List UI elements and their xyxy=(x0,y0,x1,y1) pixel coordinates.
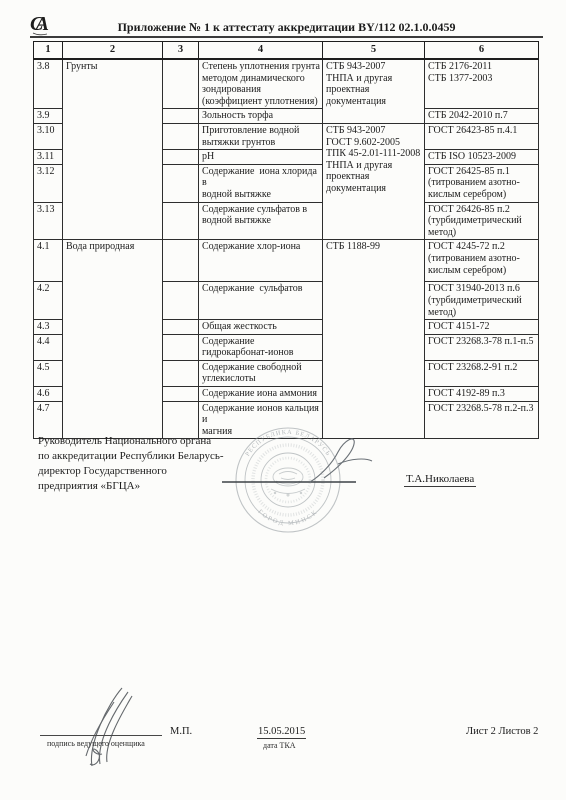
characteristic-cell: Содержание сульфатов в водной вытяжке xyxy=(199,202,323,240)
characteristic-cell: Содержание хлор-иона xyxy=(199,240,323,282)
method-standard-cell: ГОСТ 4151-72 xyxy=(425,320,539,335)
empty-cell xyxy=(163,360,199,386)
empty-cell xyxy=(163,59,199,109)
npa-docs-cell: СТБ 943-2007 ГОСТ 9.602-2005 ТПК 45-2.01… xyxy=(323,123,425,239)
characteristic-cell: Содержание иона хлорида в водной вытяжке xyxy=(199,164,323,202)
column-number-row: 1 2 3 4 5 6 xyxy=(34,42,539,60)
row-number-cell: 4.2 xyxy=(34,282,63,320)
method-standard-cell: ГОСТ 31940-2013 п.6 (турбидиметрический … xyxy=(425,282,539,320)
row-number-cell: 4.6 xyxy=(34,387,63,402)
row-number-cell: 3.9 xyxy=(34,109,63,124)
characteristic-cell: Приготовление водной вытяжки грунтов xyxy=(199,123,323,149)
row-number-cell: 4.3 xyxy=(34,320,63,335)
header-rule xyxy=(30,36,543,38)
characteristic-cell: Степень уплотнения грунта методом динами… xyxy=(199,59,323,109)
method-standard-cell: ГОСТ 4245-72 п.2 (титрованием азотно- ки… xyxy=(425,240,539,282)
director-signature xyxy=(220,430,380,500)
col-header-2: 2 xyxy=(63,42,163,60)
empty-cell xyxy=(163,240,199,282)
row-number-cell: 4.5 xyxy=(34,360,63,386)
npa-docs-cell: СТБ 943-2007 ТНПА и другая проектная док… xyxy=(323,59,425,123)
sheet-counter: Лист 2 Листов 2 xyxy=(466,726,538,737)
characteristic-cell: Содержание свободной углекислоты xyxy=(199,360,323,386)
characteristic-cell: Содержание гидрокарбонат-ионов xyxy=(199,334,323,360)
method-standard-cell: ГОСТ 4192-89 п.3 xyxy=(425,387,539,402)
characteristic-cell: Общая жесткость xyxy=(199,320,323,335)
col-header-5: 5 xyxy=(323,42,425,60)
col-header-6: 6 xyxy=(425,42,539,60)
stamp-place-label: М.П. xyxy=(170,726,192,737)
method-standard-cell: ГОСТ 23268.5-78 п.2-п.3 xyxy=(425,401,539,439)
empty-cell xyxy=(163,202,199,240)
object-cell: Вода природная xyxy=(63,240,163,439)
row-number-cell: 3.13 xyxy=(34,202,63,240)
row-number-cell: 4.4 xyxy=(34,334,63,360)
empty-cell xyxy=(163,387,199,402)
row-number-cell: 3.11 xyxy=(34,150,63,165)
characteristic-cell: Содержание сульфатов xyxy=(199,282,323,320)
table-row: 3.8 Грунты Степень уплотнения грунта мет… xyxy=(34,59,539,109)
empty-cell xyxy=(163,164,199,202)
signer-name: Т.А.Николаева xyxy=(404,473,476,487)
document-title: Приложение № 1 к аттестату аккредитации … xyxy=(33,20,540,35)
accreditation-scope-table: 1 2 3 4 5 6 3.8 Грунты Степень уплотнени… xyxy=(33,41,539,439)
method-standard-cell: ГОСТ 26426-85 п.2 (турбидиметрический ме… xyxy=(425,202,539,240)
method-standard-cell: СТБ ISO 10523-2009 xyxy=(425,150,539,165)
col-header-1: 1 xyxy=(34,42,63,60)
characteristic-cell: Содержание иона аммония xyxy=(199,387,323,402)
scanned-document-page: СА Приложение № 1 к аттестату аккредитац… xyxy=(0,0,566,800)
characteristic-cell: Зольность торфа xyxy=(199,109,323,124)
empty-cell xyxy=(163,123,199,149)
tka-date: 15.05.2015 xyxy=(257,726,306,739)
method-standard-cell: СТБ 2176-2011 СТБ 1377-2003 xyxy=(425,59,539,109)
method-standard-cell: ГОСТ 23268.3-78 п.1-п.5 xyxy=(425,334,539,360)
row-number-cell: 4.1 xyxy=(34,240,63,282)
npa-docs-cell: СТБ 1188-99 xyxy=(323,240,425,439)
empty-cell xyxy=(163,109,199,124)
assessor-signature-caption: подпись ведущего оценщика xyxy=(47,739,145,748)
method-standard-cell: ГОСТ 23268.2-91 п.2 xyxy=(425,360,539,386)
object-cell: Грунты xyxy=(63,59,163,240)
empty-cell xyxy=(163,150,199,165)
method-standard-cell: ГОСТ 26425-85 п.1 (титрованием азотно- к… xyxy=(425,164,539,202)
signatory-position-text: Руководитель Национального органа по акк… xyxy=(38,434,248,494)
method-standard-cell: ГОСТ 26423-85 п.4.1 xyxy=(425,123,539,149)
svg-text:ГОРОД МИНСК: ГОРОД МИНСК xyxy=(256,508,319,527)
table-row: 4.1 Вода природная Содержание хлор-иона … xyxy=(34,240,539,282)
empty-cell xyxy=(163,334,199,360)
seal-bottom-text: ГОРОД МИНСК xyxy=(256,508,319,527)
empty-cell xyxy=(163,320,199,335)
row-number-cell: 3.8 xyxy=(34,59,63,109)
col-header-3: 3 xyxy=(163,42,199,60)
tka-date-caption: дата ТКА xyxy=(263,741,296,750)
assessor-signature-line xyxy=(40,735,162,736)
assessor-signature-scribble xyxy=(60,678,180,773)
empty-cell xyxy=(163,282,199,320)
characteristic-cell: pH xyxy=(199,150,323,165)
row-number-cell: 3.12 xyxy=(34,164,63,202)
row-number-cell: 3.10 xyxy=(34,123,63,149)
method-standard-cell: СТБ 2042-2010 п.7 xyxy=(425,109,539,124)
col-header-4: 4 xyxy=(199,42,323,60)
